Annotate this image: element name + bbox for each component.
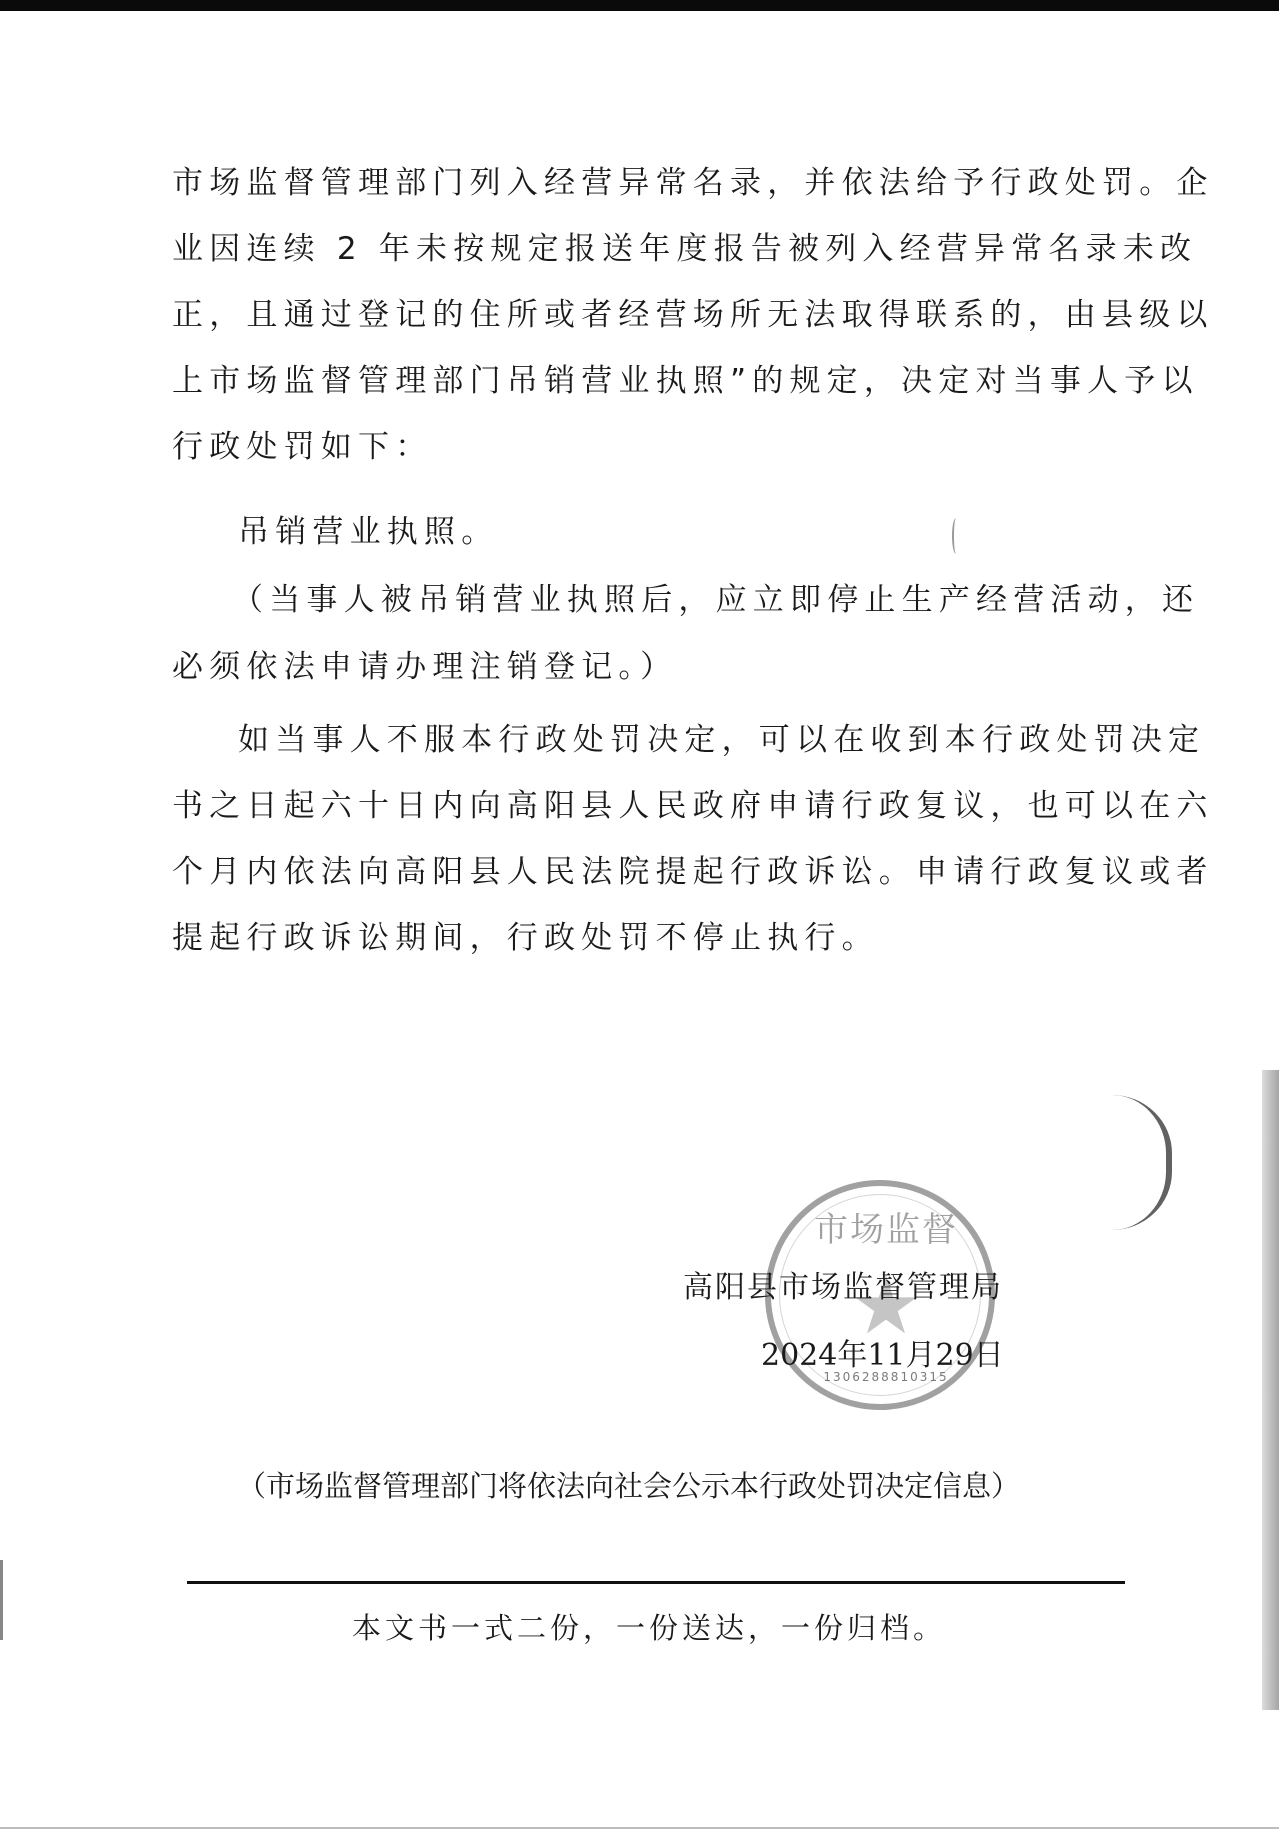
body-line: 市场监督管理部门列入经营异常名录，并依法给予行政处罚。企: [172, 163, 1087, 203]
scan-top-edge: [0, 0, 1279, 11]
footer-note: 本文书一式二份，一份送达，一份归档。: [352, 1606, 946, 1647]
body-line: 正，且通过登记的住所或者经营场所无法取得联系的，由县级以: [172, 295, 1087, 335]
appeal-line: 个月内依法向高阳县人民法院提起行政诉讼。申请行政复议或者: [172, 852, 1087, 892]
partial-seal-arc: [1112, 1095, 1172, 1230]
seal-text: 市场监督: [811, 1202, 961, 1251]
body-line: 业因连续 2 年未按规定报送年度报告被列入经营异常名录未改: [172, 229, 1087, 269]
scan-right-shadow: [1262, 1070, 1279, 1710]
public-notice: （市场监督管理部门将依法向社会公示本行政处罚决定信息）: [237, 1464, 1020, 1505]
penalty-note-line: （当事人被吊销营业执照后，应立即停止生产经营活动，还: [232, 580, 1147, 620]
penalty-note-line: 必须依法申请办理注销登记。）: [172, 647, 1087, 687]
appeal-line: 如当事人不服本行政处罚决定，可以在收到本行政处罚决定: [238, 720, 1153, 760]
issue-date: 2024年11月29日: [761, 1330, 1004, 1374]
appeal-line: 提起行政诉讼期间，行政处罚不停止执行。: [172, 918, 1087, 958]
divider: [187, 1581, 1125, 1584]
penalty-text: 吊销营业执照。: [238, 512, 1153, 552]
scan-left-edge: [0, 1560, 3, 1640]
body-line: 行政处罚如下：: [172, 427, 1087, 467]
issuing-authority: 高阳县市场监督管理局: [683, 1262, 1003, 1306]
pen-mark: [952, 518, 960, 554]
appeal-line: 书之日起六十日内向高阳县人民政府申请行政复议，也可以在六: [172, 786, 1087, 826]
body-line: 上市场监督管理部门吊销营业执照”的规定，决定对当事人予以: [172, 361, 1087, 401]
